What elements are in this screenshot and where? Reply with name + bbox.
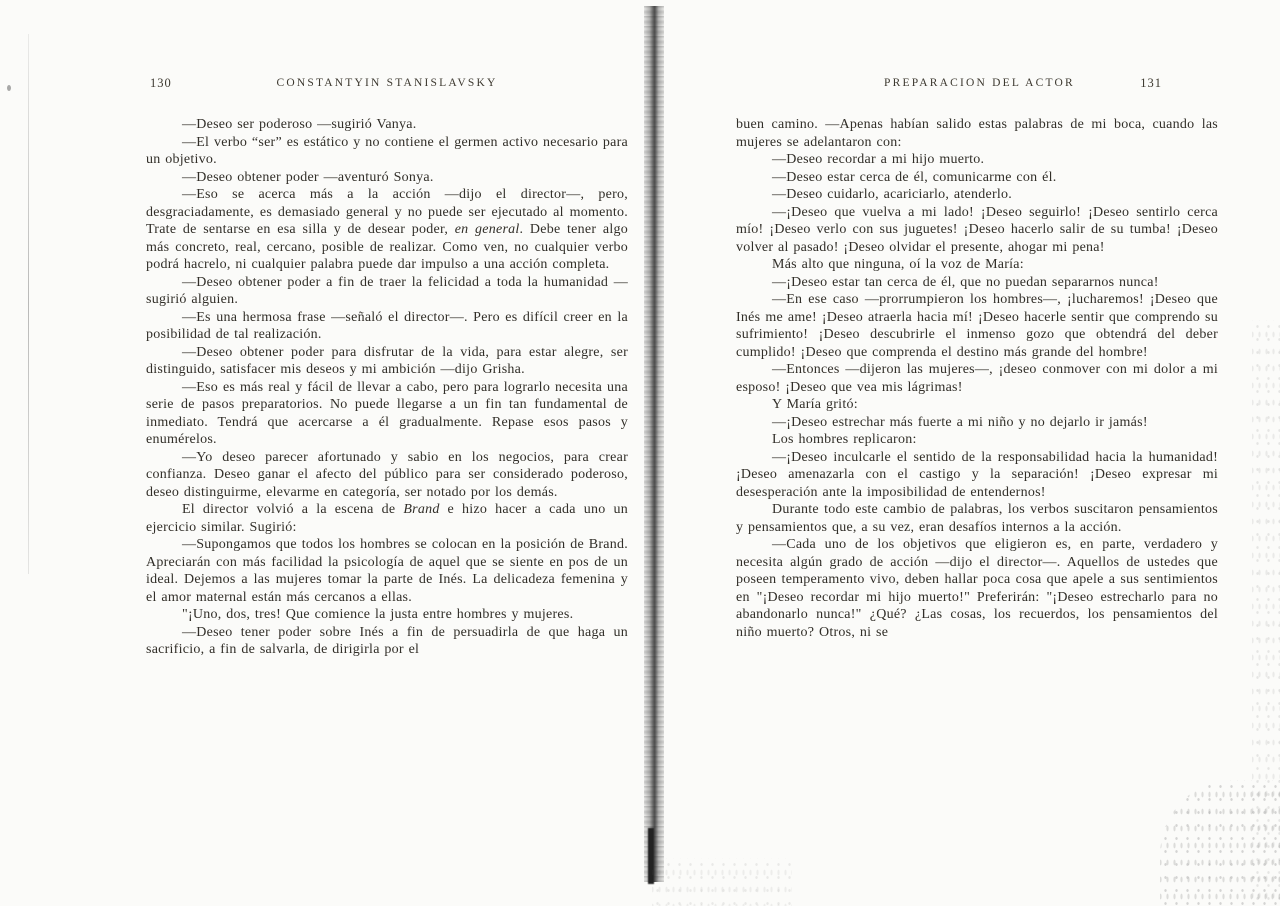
paragraph: —¡Deseo que vuelva a mi lado! ¡Deseo seg… [736, 204, 1218, 257]
text-run: —¡Deseo que vuelva a mi lado! ¡Deseo seg… [736, 205, 1218, 255]
text-run: —Deseo ser poderoso —sugirió Vanya. [182, 117, 417, 132]
paragraph: buen camino. —Apenas habían salido estas… [736, 116, 1218, 151]
text-run: Los hombres replicaron: [772, 432, 917, 447]
paragraph: —Eso es más real y fácil de llevar a cab… [146, 379, 628, 449]
text-run: —Es una hermosa frase —señaló el directo… [146, 310, 628, 343]
page-number-right: 131 [1140, 76, 1162, 91]
text-run: —¡Deseo estar tan cerca de él, que no pu… [772, 275, 1159, 290]
italic-text: Brand [403, 502, 439, 517]
paragraph: —¡Deseo estrechar más fuerte a mi niño y… [736, 414, 1218, 432]
paragraph: Y María gritó: [736, 396, 1218, 414]
paragraph: —Deseo obtener poder a fin de traer la f… [146, 274, 628, 309]
paragraph: "¡Uno, dos, tres! Que comience la justa … [146, 606, 628, 624]
text-run: Durante todo este cambio de palabras, lo… [736, 502, 1218, 535]
text-run: —Deseo recordar a mi hijo muerto. [772, 152, 984, 167]
text-run: —Entonces —dijeron las mujeres—, ¡deseo … [736, 362, 1218, 395]
text-run: —Deseo cuidarlo, acariciarlo, atenderlo. [772, 187, 1012, 202]
paragraph: —Es una hermosa frase —señaló el directo… [146, 309, 628, 344]
paragraph: Durante todo este cambio de palabras, lo… [736, 501, 1218, 536]
text-run: El director volvió a la escena de [182, 502, 403, 517]
paragraph: —Deseo recordar a mi hijo muerto. [736, 151, 1218, 169]
text-run: buen camino. —Apenas habían salido estas… [736, 117, 1218, 150]
text-run: —Deseo obtener poder —aventuró Sonya. [182, 170, 434, 185]
paragraph: —Supongamos que todos los hombres se col… [146, 536, 628, 606]
paragraph: Más alto que ninguna, oí la voz de María… [736, 256, 1218, 274]
paragraph: —En ese caso —prorrumpieron los hombres—… [736, 291, 1218, 361]
text-run: —El verbo “ser” es estático y no contien… [146, 135, 628, 168]
text-run: —Supongamos que todos los hombres se col… [146, 537, 628, 605]
binding-gutter-shadow [644, 6, 664, 882]
paragraph: —¡Deseo estar tan cerca de él, que no pu… [736, 274, 1218, 292]
text-run: —Eso es más real y fácil de llevar a cab… [146, 380, 628, 448]
page-body-left: —Deseo ser poderoso —sugirió Vanya.—El v… [146, 116, 628, 659]
scanned-book-spread: 130 CONSTANTYIN STANISLAVSKY —Deseo ser … [0, 0, 1280, 906]
text-run: —Deseo obtener poder para disfrutar de l… [146, 345, 628, 378]
text-run: Más alto que ninguna, oí la voz de María… [772, 257, 1024, 272]
paragraph: —Deseo estar cerca de él, comunicarme co… [736, 169, 1218, 187]
text-run: —¡Deseo estrechar más fuerte a mi niño y… [772, 415, 1148, 430]
paragraph: —¡Deseo inculcarle el sentido de la resp… [736, 449, 1218, 502]
paragraph: —Entonces —dijeron las mujeres—, ¡deseo … [736, 361, 1218, 396]
text-run: —Yo deseo parecer afortunado y sabio en … [146, 450, 628, 500]
text-run: —Deseo obtener poder a fin de traer la f… [146, 275, 628, 308]
text-run: —Cada uno de los objetivos que eligieron… [736, 537, 1218, 640]
running-head-right: PREPARACION DEL ACTOR 131 [736, 76, 1218, 92]
text-run: —¡Deseo inculcarle el sentido de la resp… [736, 450, 1218, 500]
running-title-left: CONSTANTYIN STANISLAVSKY [146, 77, 628, 89]
text-run: —En ese caso —prorrumpieron los hombres—… [736, 292, 1218, 360]
paragraph: —Deseo ser poderoso —sugirió Vanya. [146, 116, 628, 134]
scan-speck-artifact [7, 85, 11, 91]
paragraph: —Eso se acerca más a la acción —dijo el … [146, 186, 628, 274]
running-title-right: PREPARACION DEL ACTOR [884, 77, 1075, 89]
paragraph: —Cada uno de los objetivos que eligieron… [736, 536, 1218, 641]
paragraph: Los hombres replicaron: [736, 431, 1218, 449]
paragraph: —Deseo obtener poder para disfrutar de l… [146, 344, 628, 379]
paragraph: —Deseo cuidarlo, acariciarlo, atenderlo. [736, 186, 1218, 204]
page-131: PREPARACION DEL ACTOR 131 buen camino. —… [736, 76, 1218, 641]
paragraph: —El verbo “ser” es estático y no contien… [146, 134, 628, 169]
paragraph: —Deseo obtener poder —aventuró Sonya. [146, 169, 628, 187]
text-run: —Deseo estar cerca de él, comunicarme co… [772, 170, 1057, 185]
italic-text: en general [455, 222, 520, 237]
paragraph: —Yo deseo parecer afortunado y sabio en … [146, 449, 628, 502]
scan-noise-right-edge [1252, 320, 1280, 906]
paragraph: El director volvió a la escena de Brand … [146, 501, 628, 536]
text-run: "¡Uno, dos, tres! Que comience la justa … [182, 607, 573, 622]
text-run: —Deseo tener poder sobre Inés a fin de p… [146, 625, 628, 658]
text-run: Y María gritó: [772, 397, 858, 412]
scan-left-edge-artifact [28, 34, 29, 574]
paragraph: —Deseo tener poder sobre Inés a fin de p… [146, 624, 628, 659]
page-130: 130 CONSTANTYIN STANISLAVSKY —Deseo ser … [146, 76, 628, 659]
scan-noise-bottom-gutter [652, 858, 792, 906]
page-body-right: buen camino. —Apenas habían salido estas… [736, 116, 1218, 641]
running-head-left: 130 CONSTANTYIN STANISLAVSKY [146, 76, 628, 92]
